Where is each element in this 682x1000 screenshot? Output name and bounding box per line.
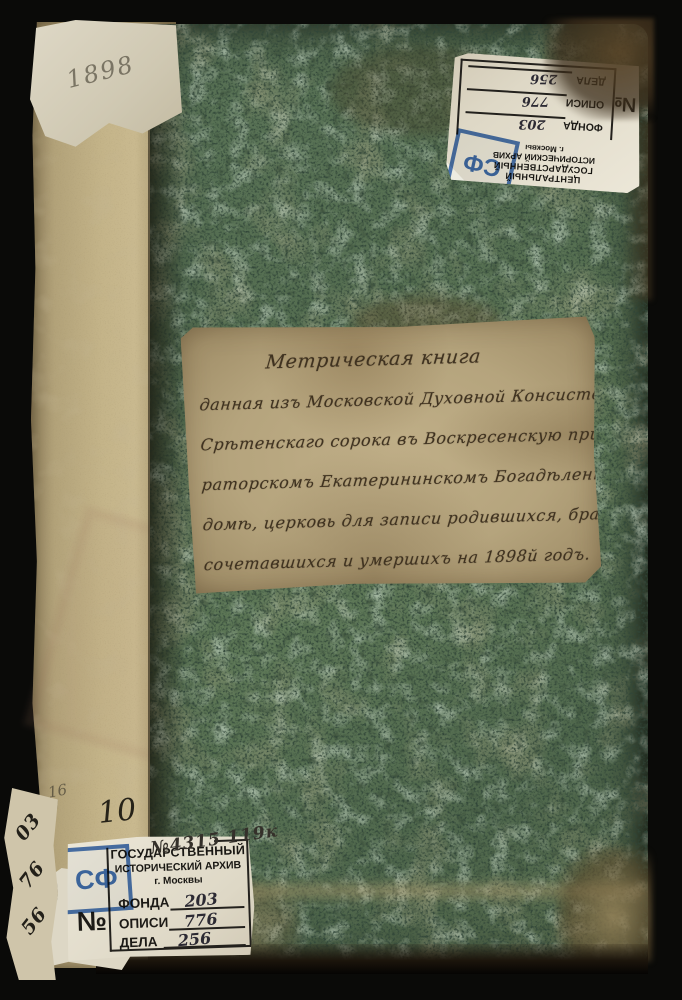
- delo-label: ДЕЛА: [119, 934, 157, 950]
- edge-digit: 03: [11, 809, 46, 845]
- corner-wear-top-right: [544, 18, 654, 120]
- faint-handwritten-number: 16: [47, 780, 69, 801]
- opis-label: ОПИСИ: [119, 915, 169, 932]
- title-line: Метрическая книга: [180, 343, 566, 376]
- edge-digit: 56: [17, 903, 52, 939]
- label-frame: [456, 59, 463, 135]
- handwritten-number: 10: [96, 792, 138, 831]
- spine-edge-strip: 03 76 56: [2, 788, 58, 980]
- sf-stamp: СФ: [59, 844, 133, 915]
- archival-book-cover-scan: Метрическая книга данная изъ Московской …: [0, 0, 682, 1000]
- edge-digit: 76: [15, 857, 50, 893]
- fond-label: ФОНДА: [563, 119, 603, 133]
- sf-stamp-text: СФ: [74, 862, 119, 896]
- spine-joint-shadow: [148, 24, 184, 970]
- handwritten-title-label: Метрическая книга данная изъ Московской …: [180, 316, 601, 593]
- sf-stamp-text: СФ: [461, 146, 504, 182]
